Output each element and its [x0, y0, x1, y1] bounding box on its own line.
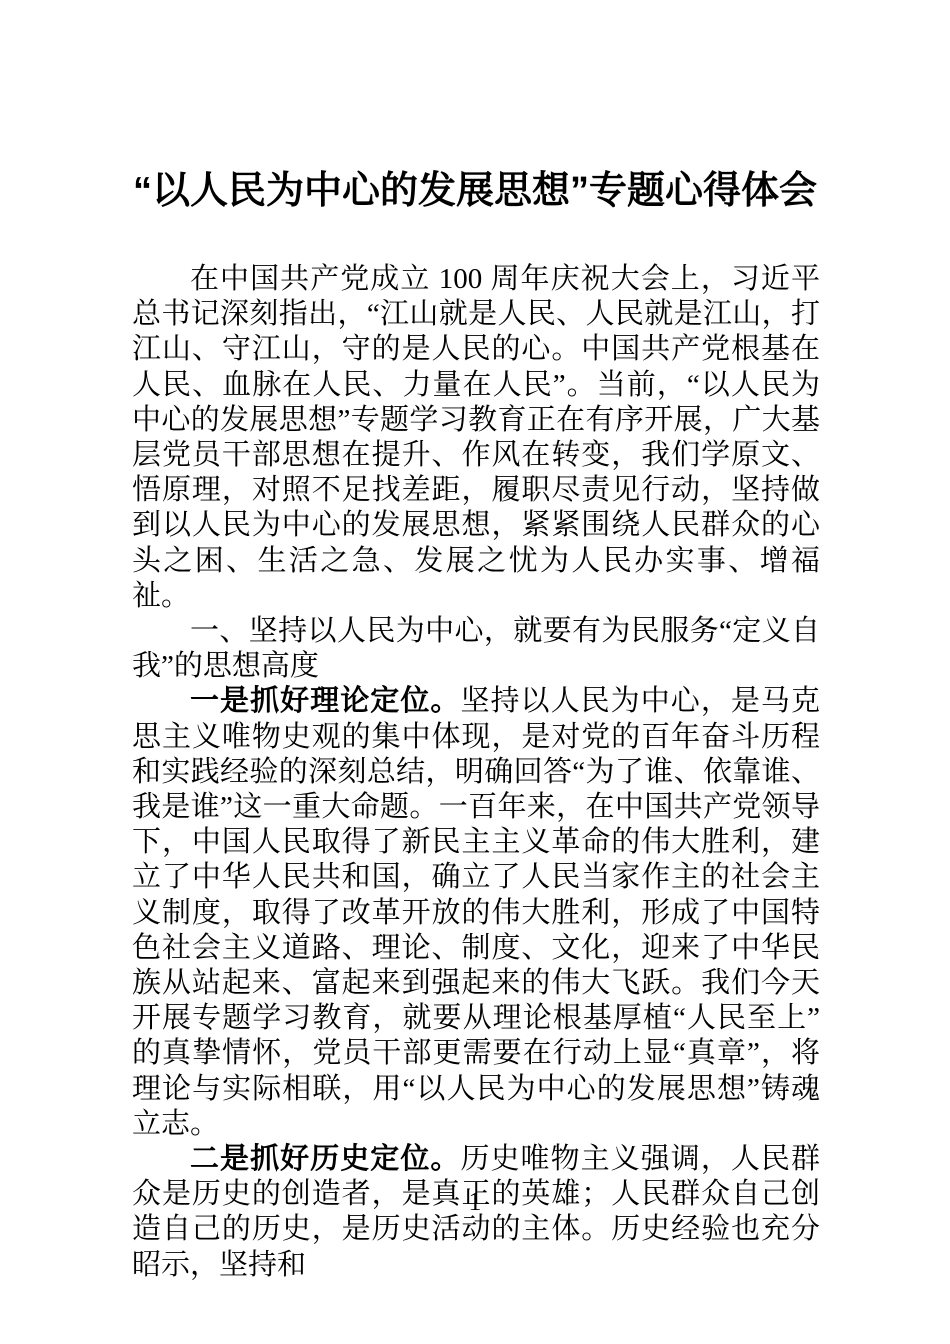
- text-run-bold: 一是抓好理论定位。: [190, 685, 460, 717]
- document-page: “以人民为中心的发展思想”专题心得体会 在中国共产党成立 100 周年庆祝大会上…: [0, 0, 950, 1344]
- text-run-bold: 二是抓好历史定位。: [190, 1143, 460, 1175]
- page-number: 1: [0, 1186, 950, 1218]
- paragraph: 在中国共产党成立 100 周年庆祝大会上，习近平总书记深刻指出，“江山就是人民、…: [132, 262, 820, 614]
- text-run: 坚持以人民为中心，是马克思主义唯物史观的集中体现，是对党的百年奋斗历程和实践经验…: [132, 685, 820, 1139]
- text-run: 在中国共产党成立 100 周年庆祝大会上，习近平总书记深刻指出，“江山就是人民、…: [132, 263, 820, 612]
- paragraph: 一是抓好理论定位。坚持以人民为中心，是马克思主义唯物史观的集中体现，是对党的百年…: [132, 684, 820, 1142]
- section-heading: 一、坚持以人民为中心，就要有为民服务“定义自我”的思想高度: [132, 614, 820, 684]
- document-title: “以人民为中心的发展思想”专题心得体会: [0, 168, 950, 214]
- text-run: 一、坚持以人民为中心，就要有为民服务“定义自我”的思想高度: [132, 615, 820, 682]
- document-body: 在中国共产党成立 100 周年庆祝大会上，习近平总书记深刻指出，“江山就是人民、…: [132, 262, 820, 1283]
